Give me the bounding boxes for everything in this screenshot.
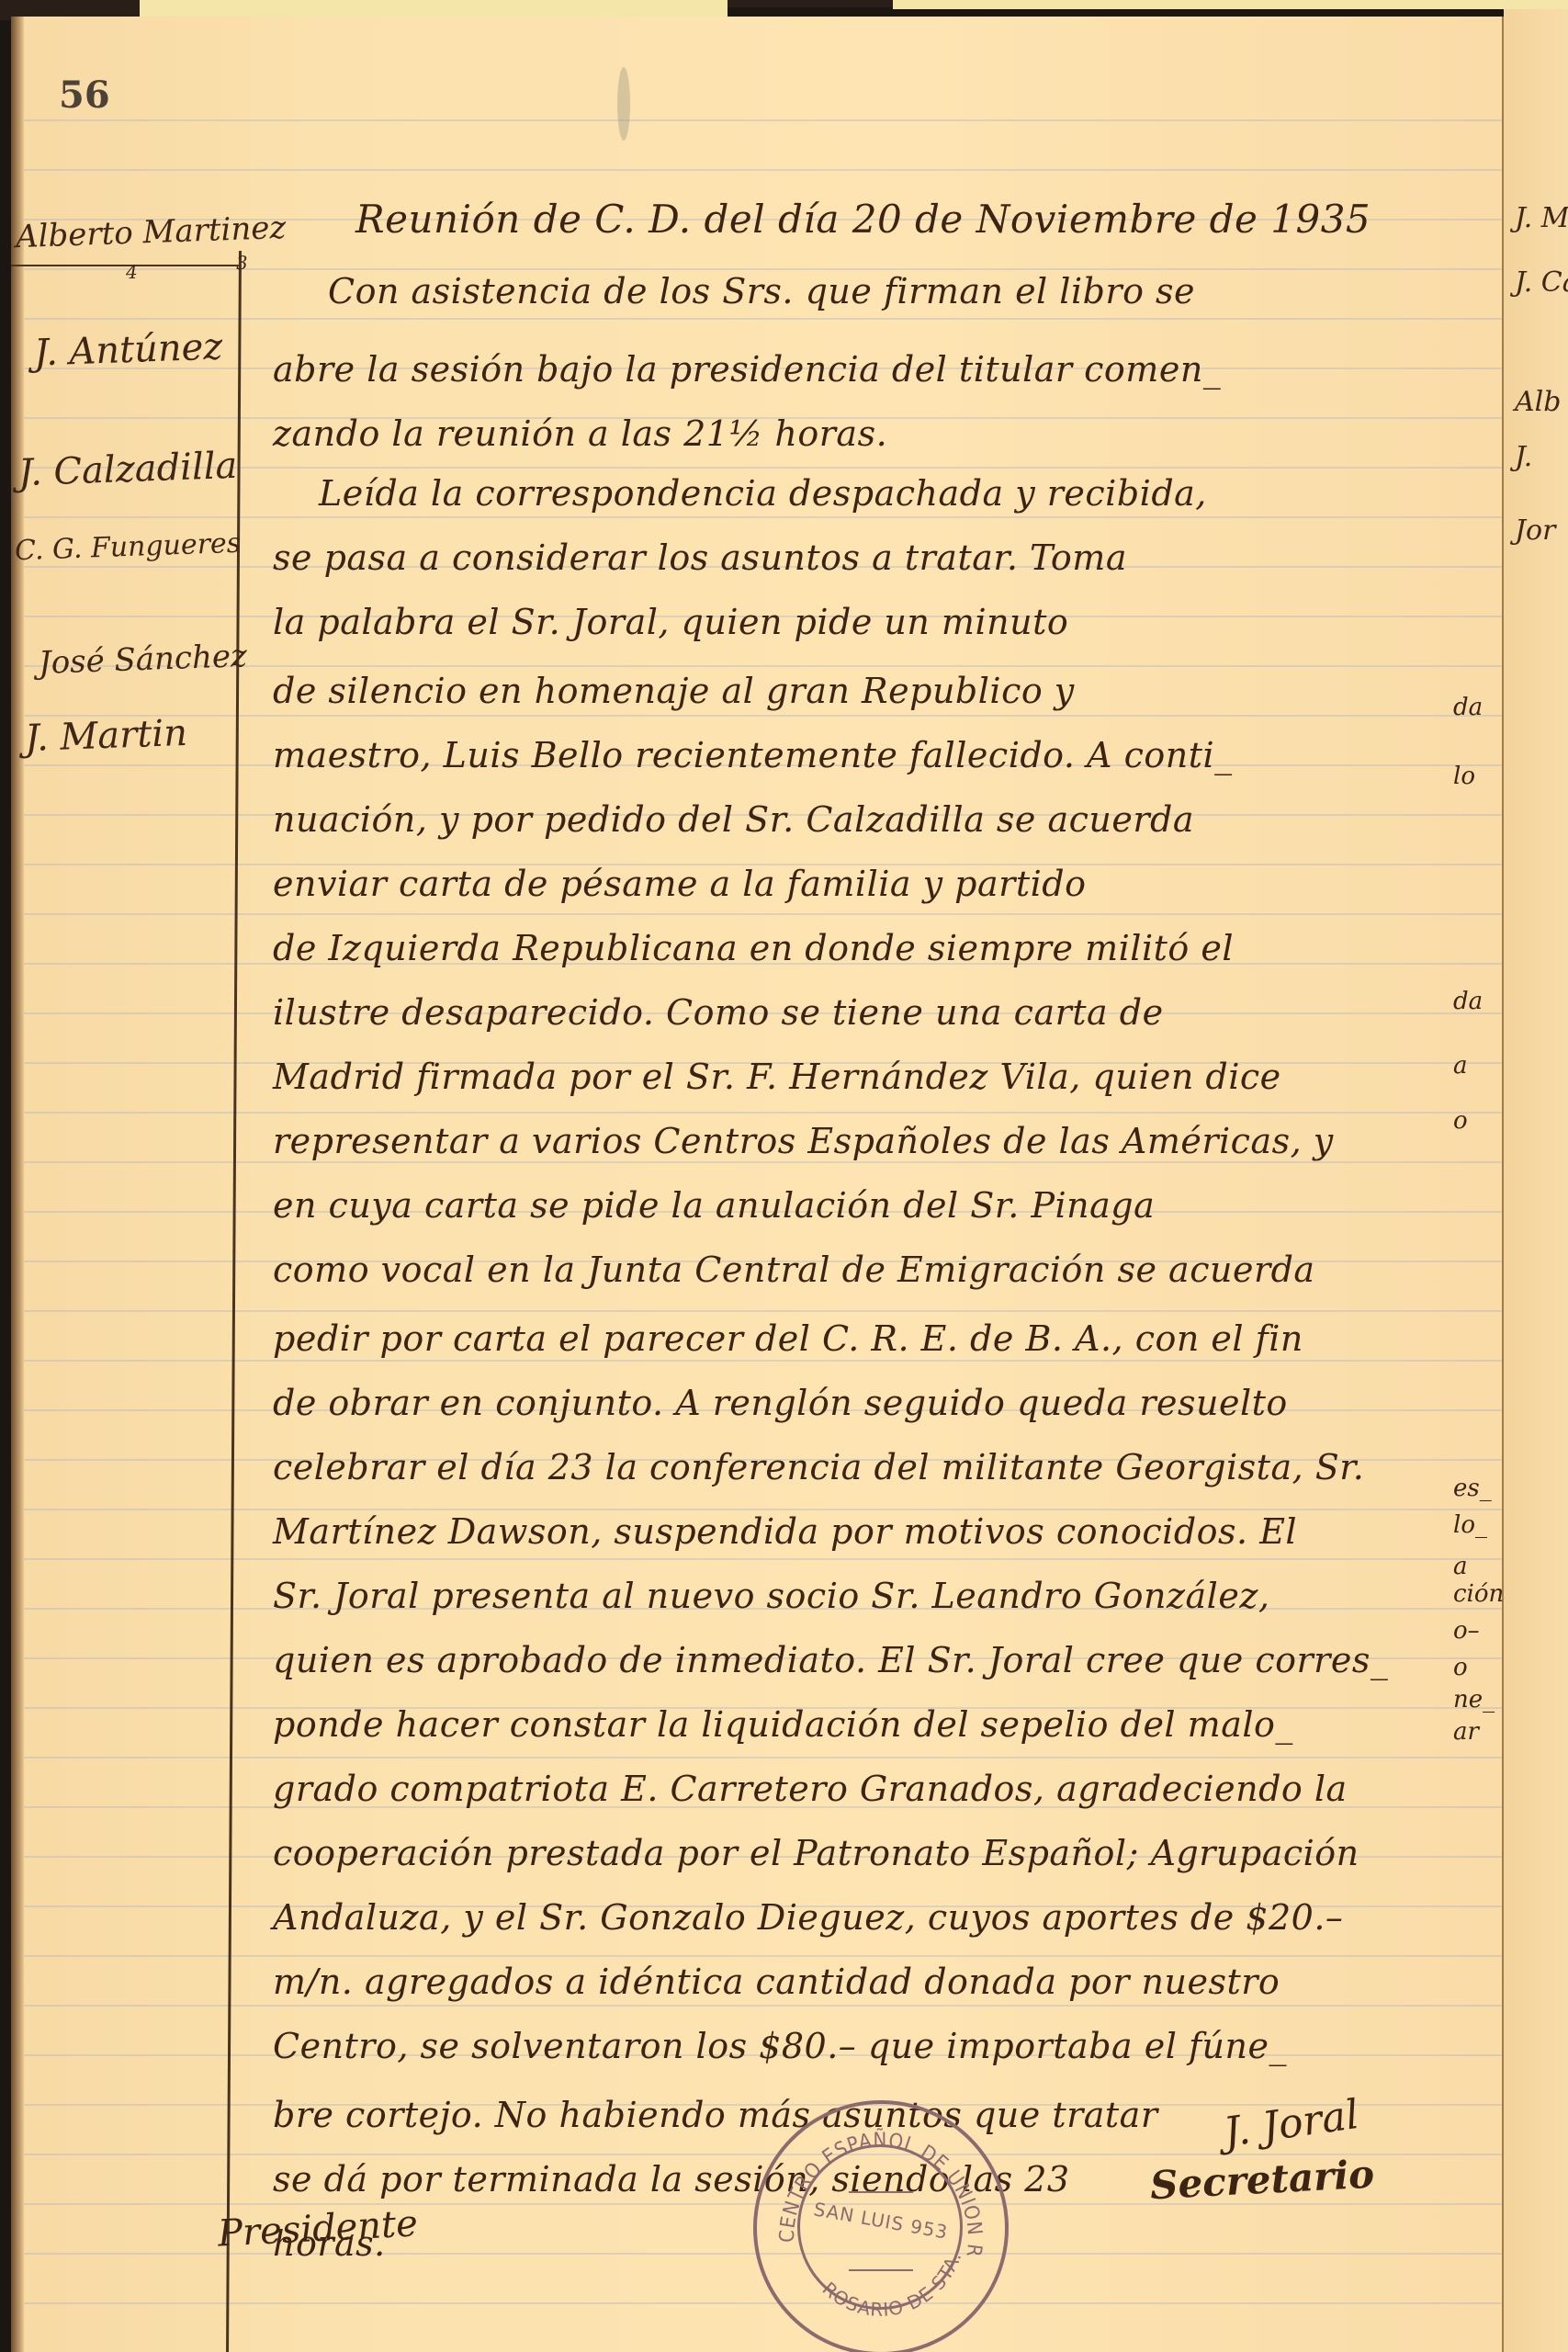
margin-signature: 3	[236, 252, 249, 274]
minutes-line: maestro, Luis Bello recientemente fallec…	[273, 738, 1233, 773]
minutes-line: ponde hacer constar la liquidación del s…	[273, 1707, 1293, 1742]
facing-page-signature: J. Cam	[1515, 266, 1568, 299]
background-paper-strip	[893, 0, 1568, 9]
minutes-line: zando la reunión a las 21½ horas.	[273, 416, 887, 451]
minutes-line: bre cortejo. No habiendo más asuntos que…	[273, 2098, 1158, 2132]
minutes-line: nuación, y por pedido del Sr. Calzadilla…	[273, 802, 1194, 837]
margin-signature: 4	[126, 261, 139, 283]
facing-page-signature: J.	[1515, 441, 1532, 473]
minutes-line: quien es aprobado de inmediato. El Sr. J…	[273, 1643, 1388, 1678]
minutes-line: ilustre desaparecido. Como se tiene una …	[273, 995, 1164, 1030]
minutes-line: la palabra el Sr. Joral, quien pide un m…	[273, 605, 1068, 639]
minutes-line: representar a varios Centros Españoles d…	[273, 1124, 1334, 1159]
facing-page-line-fragment: a	[1453, 1052, 1468, 1080]
facing-page-line-fragment: ción	[1453, 1580, 1504, 1608]
facing-page-line-fragment: ar	[1453, 1718, 1479, 1746]
minutes-line: como vocal en la Junta Central de Emigra…	[273, 1252, 1315, 1287]
margin-signature: J. Martin	[24, 712, 187, 760]
minutes-line: enviar carta de pésame a la familia y pa…	[273, 866, 1086, 901]
minutes-line: Martínez Dawson, suspendida por motivos …	[273, 1514, 1297, 1549]
background-paper-strip	[140, 0, 728, 17]
minutes-line: de Izquierda Republicana en donde siempr…	[273, 931, 1234, 966]
minutes-title: Reunión de C. D. del día 20 de Noviembre…	[355, 200, 1371, 239]
facing-page-line-fragment: da	[1453, 694, 1483, 721]
minutes-line: abre la sesión bajo la presidencia del t…	[273, 352, 1221, 387]
margin-signature: J. Antúnez	[33, 325, 223, 374]
page-number: 56	[59, 73, 110, 117]
minutes-line: m/n. agregados a idéntica cantidad donad…	[273, 1964, 1280, 1999]
stamp-ornament	[849, 2269, 913, 2271]
background-dark-edge	[728, 0, 893, 7]
facing-page-line-fragment: o	[1453, 1107, 1468, 1135]
minutes-line: se pasa a considerar los asuntos a trata…	[273, 540, 1127, 575]
facing-page-signature: J. M.	[1515, 202, 1568, 234]
minutes-line: Con asistencia de los Srs. que firman el…	[328, 274, 1195, 309]
minutes-line: Sr. Joral presenta al nuevo socio Sr. Le…	[273, 1578, 1269, 1613]
minutes-line: cooperación prestada por el Patronato Es…	[273, 1836, 1359, 1871]
ink-smudge	[617, 67, 630, 141]
margin-signature: J. Calzadilla	[17, 445, 238, 494]
facing-page-line-fragment: o	[1453, 1654, 1468, 1681]
facing-page-line-fragment: lo_	[1453, 1511, 1487, 1539]
minutes-line: de obrar en conjunto. A renglón seguido …	[273, 1385, 1288, 1420]
facing-page: J. M.J. CamAlbJ.Jor	[1504, 9, 1568, 2352]
minutes-line: Centro, se solventaron los $80.– que imp…	[273, 2029, 1287, 2064]
stamp-ornament	[849, 2191, 913, 2193]
minutes-line: grado compatriota E. Carretero Granados,…	[273, 1771, 1348, 1806]
ledger-page: 56 Alberto Martinez43J. AntúnezJ. Calzad…	[11, 17, 1504, 2352]
facing-page-signature: Alb	[1515, 386, 1561, 418]
minutes-line: celebrar el día 23 la conferencia del mi…	[273, 1450, 1364, 1485]
page-binding-edge	[11, 17, 24, 2352]
minutes-line: Andaluza, y el Sr. Gonzalo Dieguez, cuyo…	[273, 1900, 1343, 1935]
facing-page-line-fragment: ne_	[1453, 1686, 1495, 1713]
facing-page-signature: Jor	[1515, 514, 1555, 547]
minutes-line: en cuya carta se pide la anulación del S…	[273, 1188, 1155, 1223]
minutes-line: Madrid firmada por el Sr. F. Hernández V…	[273, 1059, 1281, 1094]
official-stamp: CENTRO ESPAÑOL DE UNION REPUBLICANA - RO…	[753, 2100, 1009, 2352]
margin-signature: José Sánchez	[38, 638, 247, 682]
minutes-line: pedir por carta el parecer del C. R. E. …	[273, 1321, 1303, 1356]
minutes-line: Leída la correspondencia despachada y re…	[319, 476, 1207, 511]
facing-page-line-fragment: a	[1453, 1553, 1468, 1580]
facing-page-line-fragment: lo	[1453, 763, 1475, 790]
facing-page-line-fragment: es_	[1453, 1475, 1492, 1502]
facing-page-line-fragment: da	[1453, 988, 1483, 1015]
minutes-line: de silencio en homenaje al gran Republic…	[273, 673, 1075, 708]
facing-page-line-fragment: o–	[1453, 1617, 1480, 1645]
